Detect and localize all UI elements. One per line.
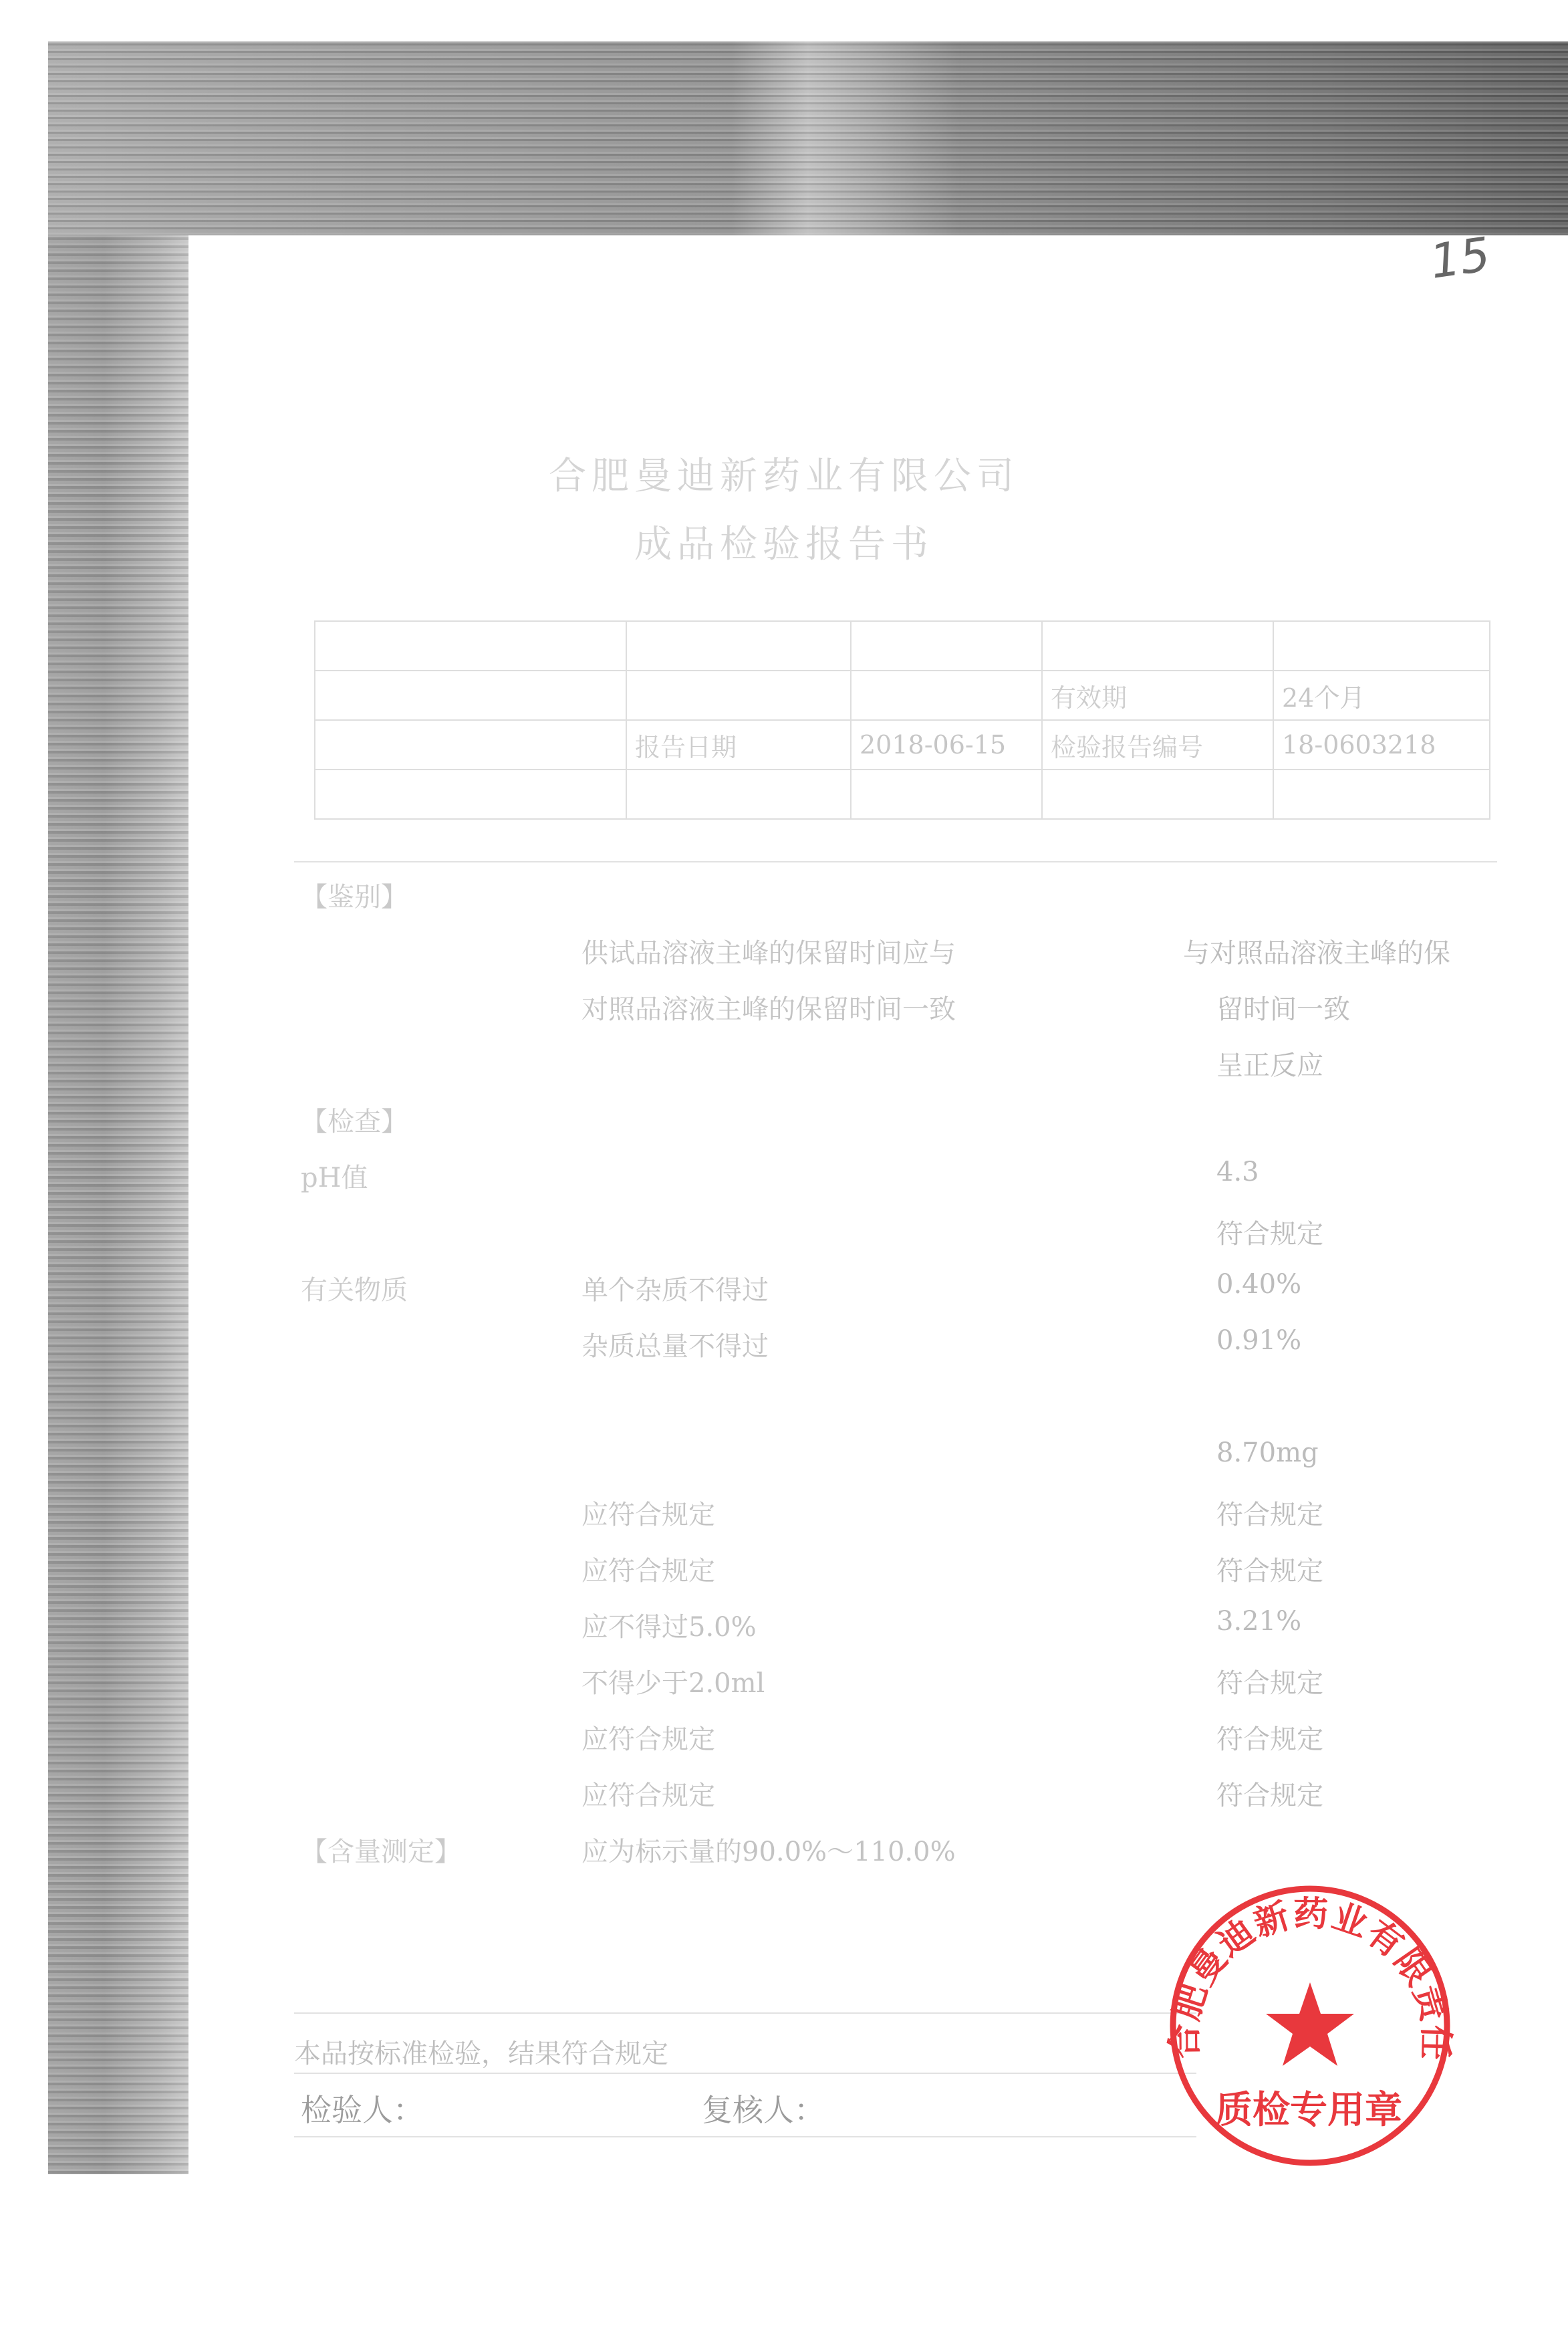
test-label: pH值 [301, 1157, 555, 1195]
qc-stamp: 合肥曼迪新药业有限责任公司 质检专用章 [1136, 1865, 1484, 2186]
header-info-table: 有效期 24个月 报告日期 2018-06-15 检验报告编号 18-06032… [314, 620, 1490, 820]
test-label: 有关物质 [301, 1269, 555, 1307]
test-standard: 不得少于2.0ml [581, 1662, 765, 1700]
stamp-bottom-text: 质检专用章 [1215, 2088, 1402, 2132]
test-row: 符合规定 [294, 1206, 1497, 1262]
info-cell-label-report-no: 检验报告编号 [1042, 720, 1273, 770]
info-cell [1042, 621, 1273, 671]
info-row [315, 770, 1490, 819]
test-result: 留时间一致 [1216, 988, 1350, 1026]
test-result: 符合规定 [1216, 1550, 1323, 1588]
info-cell [315, 720, 626, 770]
test-result: 符合规定 [1216, 1774, 1323, 1813]
test-row: 【检查】 [294, 1094, 1497, 1150]
test-result: 4.3 [1216, 1157, 1259, 1187]
reviewer-signature: 复核人： [702, 2086, 825, 2130]
test-result: 3.21% [1216, 1606, 1301, 1637]
handwritten-page-number: 15 [1427, 227, 1494, 289]
info-cell [626, 621, 851, 671]
test-row: 应符合规定 符合规定 [294, 1487, 1497, 1543]
info-cell [851, 671, 1042, 720]
test-standard: 供试品溶液主峰的保留时间应与 [581, 932, 956, 970]
info-cell [626, 671, 851, 720]
section-identification: 【鉴别】 [301, 876, 555, 914]
test-row: 呈正反应 [294, 1038, 1497, 1094]
info-cell-validity: 24个月 [1273, 671, 1490, 720]
test-row: pH值 4.3 [294, 1150, 1497, 1206]
test-standard: 应符合规定 [581, 1494, 715, 1532]
divider [294, 2136, 1196, 2137]
info-cell [1273, 770, 1490, 819]
divider [294, 861, 1497, 862]
divider [294, 2073, 1196, 2074]
star-icon [1266, 1982, 1354, 2066]
document-title: 成品检验报告书 [0, 515, 1568, 568]
company-name: 合肥曼迪新药业有限公司 [0, 447, 1568, 500]
test-result: 0.40% [1216, 1269, 1301, 1300]
test-row: 应符合规定 符合规定 [294, 1768, 1497, 1824]
test-standard: 应符合规定 [581, 1718, 715, 1756]
info-cell-report-date: 2018-06-15 [851, 720, 1042, 770]
test-standard: 应为标示量的90.0%～110.0% [581, 1831, 956, 1869]
reviewer-label: 复核人： [702, 2092, 825, 2128]
test-standard: 应符合规定 [581, 1774, 715, 1813]
test-standard: 杂质总量不得过 [581, 1325, 769, 1363]
test-row: 供试品溶液主峰的保留时间应与 与对照品溶液主峰的保 [294, 925, 1497, 981]
info-cell [851, 621, 1042, 671]
test-row [294, 1375, 1497, 1431]
info-cell-label-validity: 有效期 [1042, 671, 1273, 720]
info-cell [851, 770, 1042, 819]
test-result: 0.91% [1216, 1325, 1301, 1356]
info-cell-report-no: 18-0603218 [1273, 720, 1490, 770]
test-row: 不得少于2.0ml 符合规定 [294, 1655, 1497, 1712]
info-cell [315, 621, 626, 671]
inspector-signature: 检验人： [301, 2086, 424, 2130]
test-standard: 单个杂质不得过 [581, 1269, 769, 1307]
test-row: 杂质总量不得过 0.91% [294, 1318, 1497, 1375]
test-label: 【含量测定】 [301, 1831, 555, 1869]
test-standard: 应不得过5.0% [581, 1606, 757, 1644]
test-result: 8.70mg [1216, 1437, 1319, 1468]
test-standard: 对照品溶液主峰的保留时间一致 [581, 988, 956, 1026]
test-row: 对照品溶液主峰的保留时间一致 留时间一致 [294, 981, 1497, 1038]
test-result: 符合规定 [1216, 1213, 1323, 1251]
test-row: 8.70mg [294, 1431, 1497, 1487]
test-result: 与对照品溶液主峰的保 [1183, 932, 1450, 970]
test-results: 【鉴别】 供试品溶液主峰的保留时间应与 与对照品溶液主峰的保 对照品溶液主峰的保… [294, 869, 1497, 1880]
divider [294, 2012, 1196, 2014]
info-cell-label-report-date: 报告日期 [626, 720, 851, 770]
test-row: 应符合规定 符合规定 [294, 1712, 1497, 1768]
info-row: 有效期 24个月 [315, 671, 1490, 720]
info-cell [1273, 621, 1490, 671]
info-cell [626, 770, 851, 819]
test-row: 有关物质 单个杂质不得过 0.40% [294, 1262, 1497, 1318]
test-result: 符合规定 [1216, 1494, 1323, 1532]
section-check: 【检查】 [301, 1100, 555, 1139]
info-cell [1042, 770, 1273, 819]
scan-border-top [48, 41, 1568, 235]
test-result: 符合规定 [1216, 1662, 1323, 1700]
info-cell [315, 770, 626, 819]
test-row: 【鉴别】 [294, 869, 1497, 925]
test-result: 符合规定 [1216, 1718, 1323, 1756]
test-standard: 应符合规定 [581, 1550, 715, 1588]
test-result: 呈正反应 [1216, 1044, 1323, 1082]
inspector-label: 检验人： [301, 2092, 424, 2128]
info-row: 报告日期 2018-06-15 检验报告编号 18-0603218 [315, 720, 1490, 770]
test-row: 应不得过5.0% 3.21% [294, 1599, 1497, 1655]
info-row [315, 621, 1490, 671]
test-row: 应符合规定 符合规定 [294, 1543, 1497, 1599]
info-cell [315, 671, 626, 720]
